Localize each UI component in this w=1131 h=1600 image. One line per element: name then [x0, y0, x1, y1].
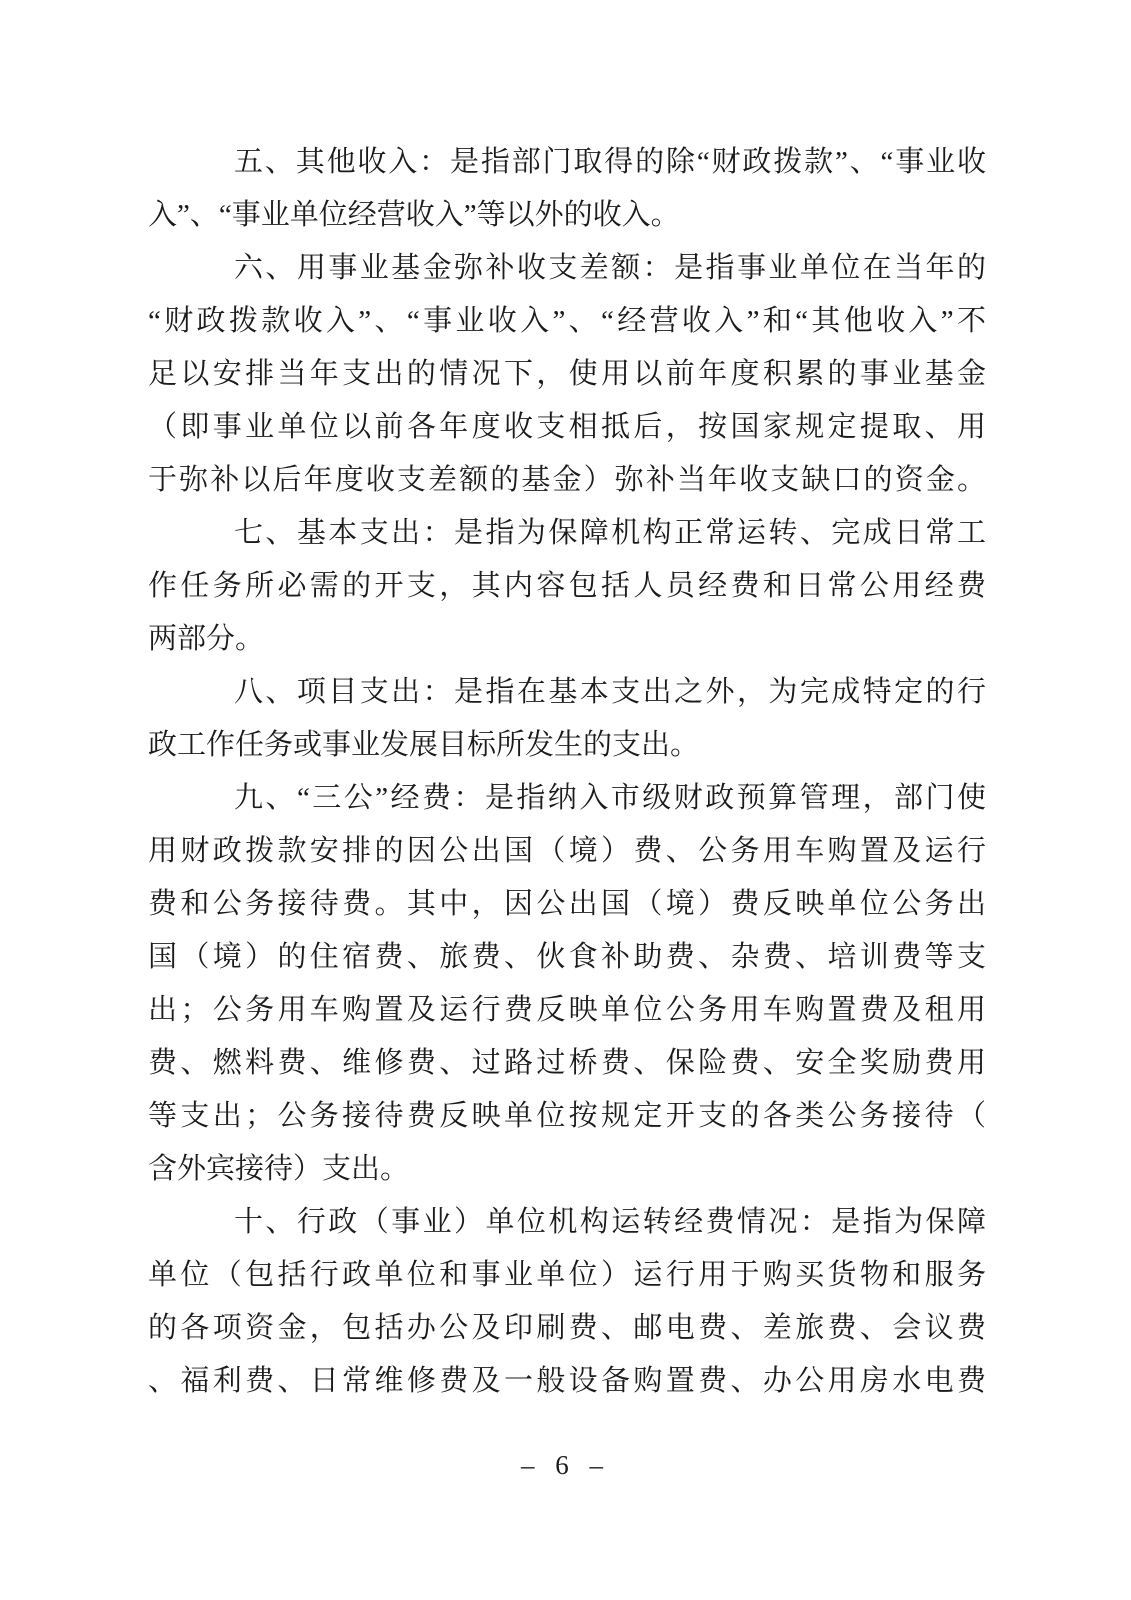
text-line: 费、燃料费、维修费、过路过桥费、保险费、安全奖励费用 — [148, 1037, 986, 1090]
text-line: 含外宾接待）支出。 — [148, 1143, 986, 1196]
text-line: 足以安排当年支出的情况下，使用以前年度积累的事业基金 — [148, 348, 986, 401]
text-line: 单位（包括行政单位和事业单位）运行用于购买货物和服务 — [148, 1249, 986, 1302]
page-number: – 6 – — [0, 1450, 1131, 1481]
para-8-project-expenditure: 八、项目支出：是指在基本支出之外，为完成特定的行政工作任务或事业发展目标所发生的… — [148, 666, 986, 772]
para-7-basic-expenditure: 七、基本支出：是指为保障机构正常运转、完成日常工作任务所必需的开支，其内容包括人… — [148, 507, 986, 666]
text-line: “财政拨款收入”、“事业收入”、“经营收入”和“其他收入”不 — [148, 295, 986, 348]
para-9-three-public-funds: 九、“三公”经费：是指纳入市级财政预算管理，部门使用财政拨款安排的因公出国（境）… — [148, 772, 986, 1196]
text-line: （即事业单位以前各年度收支相抵后，按国家规定提取、用 — [148, 401, 986, 454]
para-5-other-income: 五、其他收入：是指部门取得的除“财政拨款”、“事业收入”、“事业单位经营收入”等… — [148, 136, 986, 242]
para-6-fund-deficit: 六、用事业基金弥补收支差额：是指事业单位在当年的“财政拨款收入”、“事业收入”、… — [148, 242, 986, 507]
text-line: 两部分。 — [148, 613, 986, 666]
text-line: 八、项目支出：是指在基本支出之外，为完成特定的行 — [148, 666, 986, 719]
text-line: 作任务所必需的开支，其内容包括人员经费和日常公用经费 — [148, 560, 986, 613]
text-line: 九、“三公”经费：是指纳入市级财政预算管理，部门使 — [148, 772, 986, 825]
text-line: 用财政拨款安排的因公出国（境）费、公务用车购置及运行 — [148, 825, 986, 878]
text-line: 五、其他收入：是指部门取得的除“财政拨款”、“事业收 — [148, 136, 986, 189]
text-line: 政工作任务或事业发展目标所发生的支出。 — [148, 719, 986, 772]
document-page: 五、其他收入：是指部门取得的除“财政拨款”、“事业收入”、“事业单位经营收入”等… — [0, 0, 1131, 1600]
text-line: 的各项资金，包括办公及印刷费、邮电费、差旅费、会议费 — [148, 1302, 986, 1355]
text-line: 等支出；公务接待费反映单位按规定开支的各类公务接待（ — [148, 1090, 986, 1143]
text-line: 费和公务接待费。其中，因公出国（境）费反映单位公务出 — [148, 878, 986, 931]
text-line: 入”、“事业单位经营收入”等以外的收入。 — [148, 189, 986, 242]
text-line: 七、基本支出：是指为保障机构正常运转、完成日常工 — [148, 507, 986, 560]
document-body: 五、其他收入：是指部门取得的除“财政拨款”、“事业收入”、“事业单位经营收入”等… — [148, 136, 986, 1408]
text-line: 国（境）的住宿费、旅费、伙食补助费、杂费、培训费等支 — [148, 931, 986, 984]
text-line: 于弥补以后年度收支差额的基金）弥补当年收支缺口的资金。 — [148, 454, 986, 507]
text-line: 六、用事业基金弥补收支差额：是指事业单位在当年的 — [148, 242, 986, 295]
text-line: 出；公务用车购置及运行费反映单位公务用车购置费及租用 — [148, 984, 986, 1037]
text-line: 、福利费、日常维修费及一般设备购置费、办公用房水电费 — [148, 1355, 986, 1408]
text-line: 十、行政（事业）单位机构运转经费情况：是指为保障 — [148, 1196, 986, 1249]
para-10-operating-funds: 十、行政（事业）单位机构运转经费情况：是指为保障单位（包括行政单位和事业单位）运… — [148, 1196, 986, 1408]
